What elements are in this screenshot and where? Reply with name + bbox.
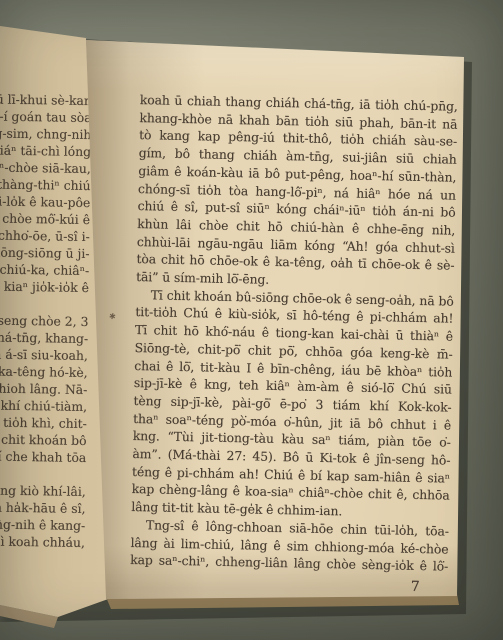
- text-line: pō͘-chhân á-sī siu-koah,: [0, 343, 88, 364]
- book-photo: chiū lī-khui sè-kann, só͘-í goán tau sòa…: [0, 0, 503, 640]
- text-line: g-á khì koah chháu,: [0, 530, 85, 551]
- text-line: n, só͘-í goán tau sòa: [0, 105, 92, 126]
- text-line: t chá ê ka-têng hó-kè,: [0, 360, 88, 381]
- text-line: -ke, siōng-siōng ū ji-: [0, 241, 90, 262]
- text-line: hang chioh lâng. Nā-: [0, 377, 87, 398]
- left-page-text-column: chiū lī-khui sè-kann, só͘-í goán tau sòa…: [0, 88, 92, 551]
- text-line: hō͘ lâng kiò khí-lâi,: [0, 479, 86, 500]
- text-line: ng chiâⁿ-chòe siā-kau,: [0, 156, 91, 177]
- text-line: thang kiaⁿ jio̍k-io̍k ê: [0, 275, 89, 296]
- text-line: âng pí che khah tōa: [0, 445, 86, 466]
- text-line: ū, ū siáⁿ tāi-chì lóng: [0, 139, 91, 160]
- right-page-lines: koah ū chiah thang chiáh chá-tn̄g, iā ti…: [130, 91, 458, 576]
- text-line: chòe chit khoán bô: [0, 428, 87, 449]
- text-line: iú-kan khí chiú-tiàm,: [0, 394, 87, 415]
- text-line: ui nî thàng-thiⁿ chiú: [0, 173, 91, 194]
- text-line: chiū lī-khui sè-kan: [0, 88, 92, 109]
- text-line: chòe hn̂g-nih ê kang-: [0, 513, 85, 534]
- margin-mark: ✱: [108, 311, 116, 321]
- text-line: kok-bîn ha̍k-hāu ê sî,: [0, 496, 86, 517]
- text-line: chiū chòe mô͘-kúi ê: [0, 207, 90, 228]
- text-line: ùn iā tio̍h khì, chit-: [0, 411, 87, 432]
- text-line: aⁿ ê chho͘-ōe, ū-sî i-: [0, 224, 90, 245]
- text-line: i khoài-lo̍k ê kau-pôe: [0, 190, 90, 211]
- text-line: t-khì chiú-ka, chiâⁿ-: [0, 258, 89, 279]
- right-page-text-block: koah ū chiah thang chiáh chá-tn̄g, iā ti…: [130, 91, 458, 597]
- text-line: tiong-sim, chng-nih: [0, 122, 91, 143]
- text-line: hí-lâi, seng chòe 2, 3: [0, 309, 89, 330]
- text-line: chiáh chá-tn̄g, khang-: [0, 326, 88, 347]
